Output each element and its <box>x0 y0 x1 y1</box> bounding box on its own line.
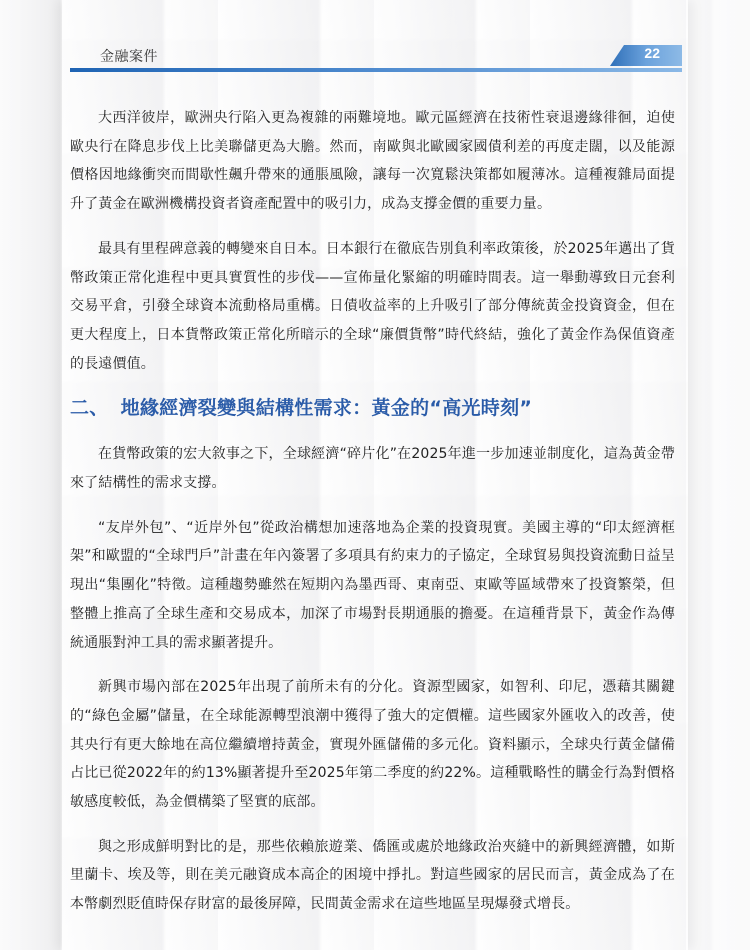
section-title: 地緣經濟裂變與結構性需求：黃金的“高光時刻” <box>121 397 533 419</box>
paragraph: “友岸外包”、“近岸外包”從政治構想加速落地為企業的投資現實。美國主導的“印太經… <box>70 514 675 658</box>
header-divider <box>70 68 682 72</box>
page-header: 金融案件 22 <box>70 44 682 74</box>
section-heading: 二、地緣經濟裂變與結構性需求：黃金的“高光時刻” <box>70 394 675 422</box>
running-header-title: 金融案件 <box>100 46 158 66</box>
paragraph: 在貨幣政策的宏大敘事之下，全球經濟“碎片化”在2025年進一步加速並制度化，這為… <box>70 440 675 497</box>
paragraph: 新興市場內部在2025年出現了前所未有的分化。資源型國家，如智利、印尼，憑藉其關… <box>70 673 675 817</box>
page-number: 22 <box>644 45 660 61</box>
paragraph: 大西洋彼岸，歐洲央行陷入更為複雜的兩難境地。歐元區經濟在技術性衰退邊緣徘徊，迫使… <box>70 104 675 219</box>
document-page: 金融案件 22 大西洋彼岸，歐洲央行陷入更為複雜的兩難境地。歐元區經濟在技術性衰… <box>62 0 688 950</box>
section-number: 二、 <box>70 397 109 419</box>
paragraph: 最具有里程碑意義的轉變來自日本。日本銀行在徹底告別負利率政策後，於2025年邁出… <box>70 235 675 379</box>
paragraph: 與之形成鮮明對比的是，那些依賴旅遊業、僑匯或處於地緣政治夾縫中的新興經濟體，如斯… <box>70 833 675 919</box>
article-body: 大西洋彼岸，歐洲央行陷入更為複雜的兩難境地。歐元區經濟在技術性衰退邊緣徘徊，迫使… <box>70 104 675 935</box>
